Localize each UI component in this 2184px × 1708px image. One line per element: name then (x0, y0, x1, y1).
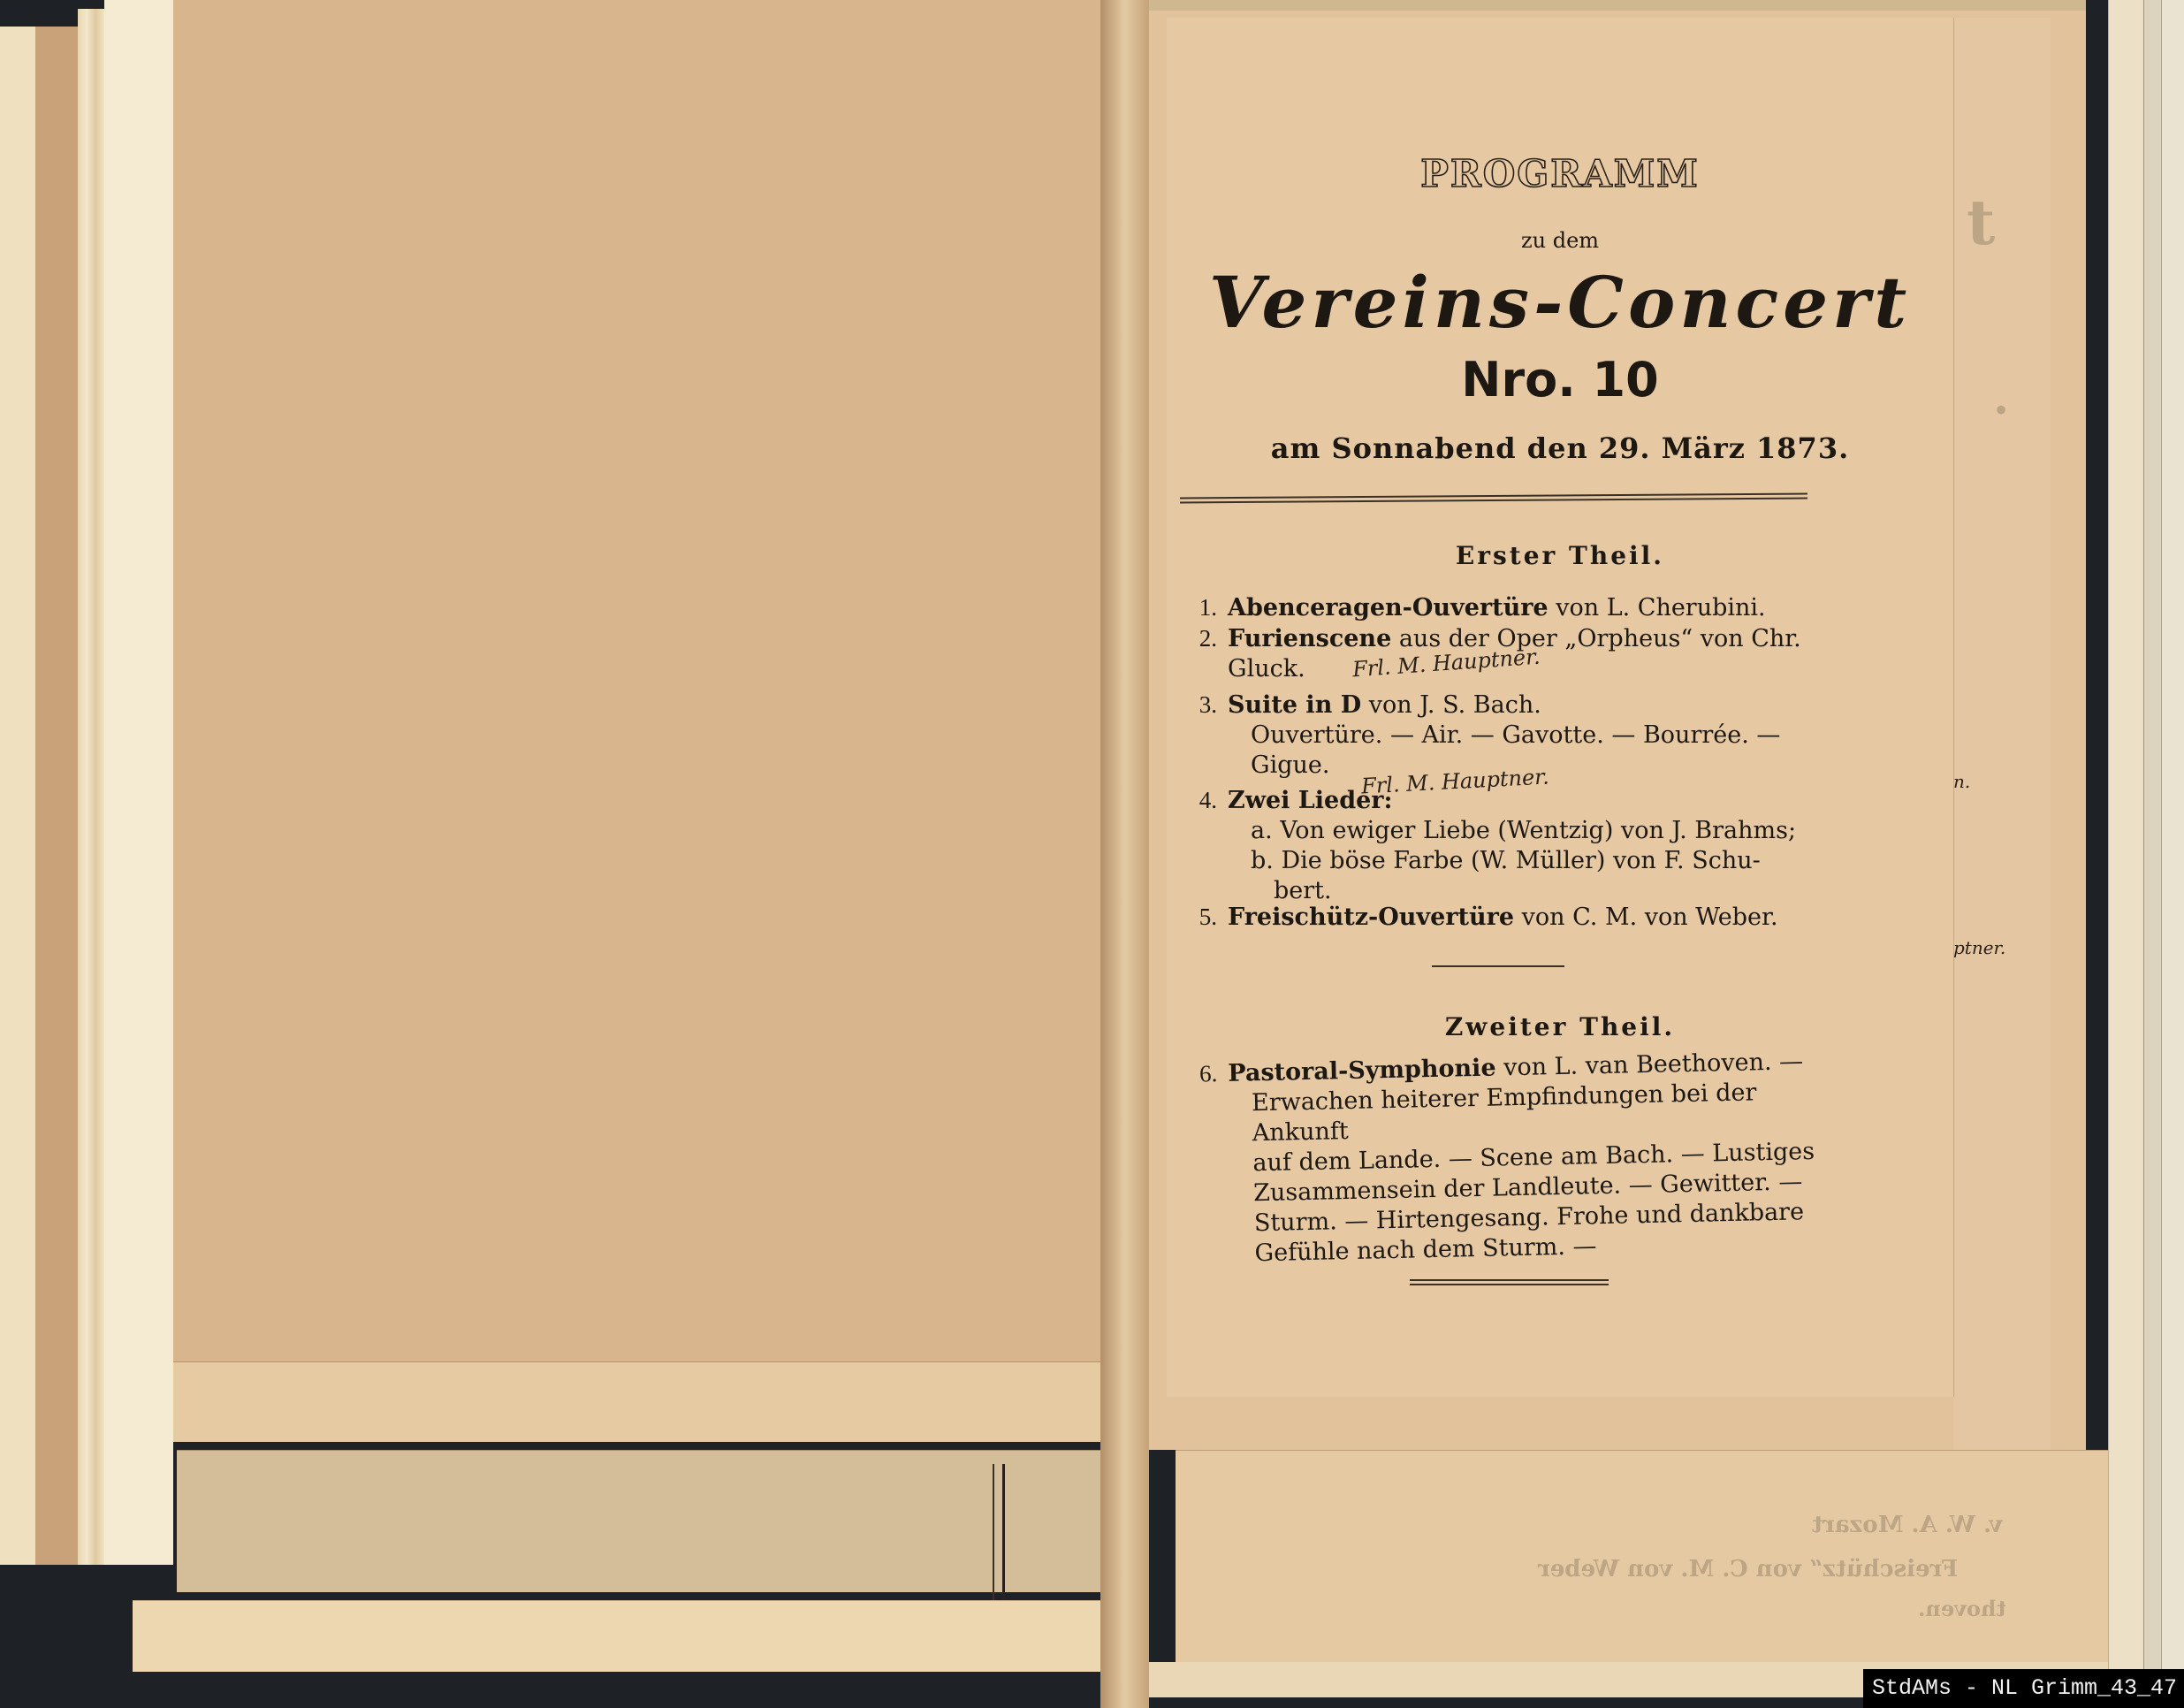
bleed-glyph: t (1967, 186, 1995, 259)
concert-number: Nro. 10 (1167, 352, 1953, 408)
item-title: Freischütz-Ouvertüre (1228, 904, 1514, 931)
concert-date: am Sonnabend den 29. März 1873. (1167, 431, 1953, 465)
item-composer: von L. van Beethoven. — (1495, 1048, 1803, 1081)
bleed-text: Freischütz“ von C. M. von Weber (1538, 1556, 1958, 1582)
item-composer: von L. Cherubini. (1549, 594, 1766, 621)
section-divider (1432, 965, 1564, 967)
printed-rule (993, 1464, 994, 1623)
program-item-6: 6.Pastoral-Symphonie von L. van Beethove… (1180, 1046, 1830, 1270)
printed-rule (1002, 1464, 1005, 1623)
program-item-4: 4.Zwei Lieder: a. Von ewiger Liebe (Went… (1180, 785, 1825, 906)
book-edge-outer (0, 27, 35, 1565)
archive-label: StdAMs - NL Grimm_43_47 (1872, 1675, 2177, 1701)
right-page-top-edge (1149, 0, 2086, 11)
bleed-text: thoven. (1918, 1596, 2006, 1621)
margin-note: ptner. (1953, 937, 2005, 958)
bleed-glyph: . (1993, 371, 2009, 425)
book-gutter (1100, 0, 1149, 1708)
section-title-part-one: Erster Theil. (1167, 541, 1953, 570)
left-page-blank (173, 0, 1145, 1361)
item-composer: von J. S. Bach. (1361, 691, 1541, 719)
subheading-zu-dem: zu dem (1167, 228, 1953, 253)
margin-note: n. (1953, 771, 1970, 792)
programm-heading: PROGRAMM (1167, 152, 1953, 195)
paper-strip-left (104, 0, 173, 1565)
book-edge-board (35, 27, 78, 1565)
page-edge (2161, 0, 2184, 1708)
concert-title: Vereins-Concert (1167, 261, 1953, 344)
page-edge (2108, 0, 2144, 1708)
program-item-1: 1.Abenceragen-Ouvertüre von L. Cherubini… (1180, 592, 1825, 623)
end-double-rule (1410, 1279, 1609, 1285)
left-bottom-edge (133, 1600, 1149, 1672)
item-title: Zwei Lieder: (1228, 787, 1392, 814)
item-title: Furienscene (1228, 625, 1391, 652)
section-title-part-two: Zweiter Theil. (1167, 1012, 1953, 1041)
item-title: Suite in D (1228, 691, 1361, 719)
song-a: a. Von ewiger Liebe (Wentzig) von J. Bra… (1251, 817, 1796, 844)
item-title: Pastoral-Symphonie (1228, 1055, 1496, 1087)
page-edge (2143, 0, 2162, 1708)
item-title: Abenceragen-Ouvertüre (1228, 594, 1549, 621)
item-composer: aus der Oper „Orpheus“ von Chr. (1391, 625, 1801, 652)
song-b: b. Die böse Farbe (W. Müller) von F. Sch… (1251, 847, 1761, 874)
item-composer: von C. M. von Weber. (1514, 904, 1778, 931)
bleed-text: v. W. A. Mozart (1812, 1512, 2003, 1538)
program-item-5: 5.Freischütz-Ouvertüre von C. M. von Web… (1180, 902, 1825, 933)
left-page-lower-strip (173, 1361, 1145, 1442)
page-stack-edge (78, 9, 104, 1565)
